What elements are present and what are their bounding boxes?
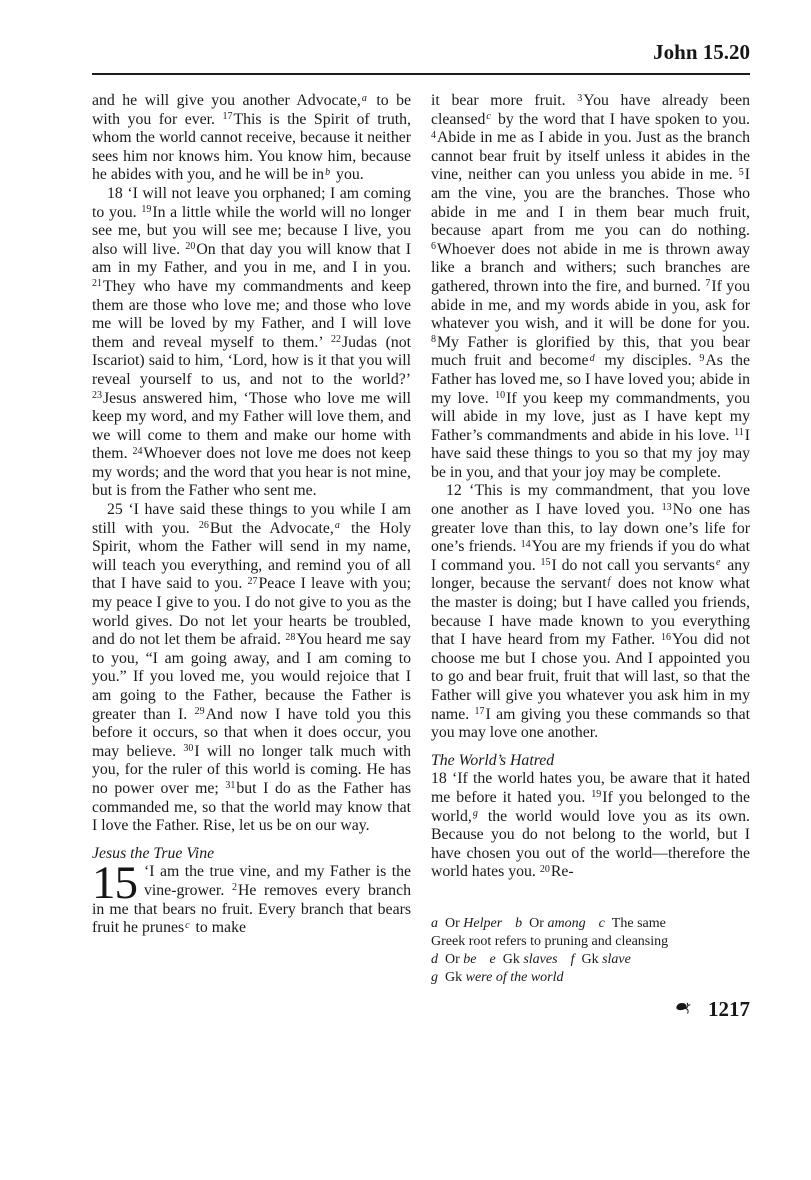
verse-number: 9	[699, 353, 704, 364]
verse-number: 17	[222, 111, 232, 122]
verse-number: 22	[331, 334, 341, 345]
verse-number: 23	[92, 390, 102, 401]
footnote-text: slaves	[523, 952, 557, 967]
footnote-marker: g	[431, 970, 438, 985]
verse-number: 13	[662, 502, 672, 513]
section-heading: Jesus the True Vine	[92, 845, 411, 864]
verse-number: 8	[431, 334, 436, 345]
footnote-text: Or	[445, 952, 463, 967]
footnote-text: Or	[445, 916, 463, 931]
verse-number: 6	[431, 241, 436, 252]
footnote-text: Or	[529, 916, 547, 931]
bible-page: John 15.20 and he will give you another …	[0, 0, 811, 1022]
header-rule	[92, 73, 750, 75]
verse-paragraph: it bear more fruit. 3You have already be…	[431, 92, 750, 482]
footnote-text: Gk	[503, 952, 524, 967]
verse-paragraph: and he will give you another Advocate,a …	[92, 92, 411, 185]
left-column: and he will give you another Advocate,a …	[92, 92, 411, 1022]
right-column-text: it bear more fruit. 3You have already be…	[431, 92, 750, 882]
footnote-ref: c	[185, 920, 189, 931]
verse-number: 20	[540, 864, 550, 875]
footnote-text: slave	[602, 952, 631, 967]
verse-paragraph: 18 ‘I will not leave you orphaned; I am …	[92, 185, 411, 501]
verse-number: 19	[141, 204, 151, 215]
left-column-text: and he will give you another Advocate,a …	[92, 92, 411, 938]
verse-paragraph: 18 ‘If the world hates you, be aware tha…	[431, 770, 750, 882]
footnote-ref: b	[325, 167, 330, 178]
footnote-ref: e	[716, 557, 720, 568]
footnote-text: The same	[612, 916, 666, 931]
verse-number: 30	[183, 743, 193, 754]
footnote-line: Greek root refers to pruning and cleansi…	[431, 933, 750, 951]
footnote-line: dOr beeGk slavesfGk slave	[431, 951, 750, 969]
verse-number: 2	[232, 882, 237, 893]
footnote-text: be	[463, 952, 476, 967]
footnote-line: aOr HelperbOr amongcThe same	[431, 915, 750, 933]
page-number: 1217	[708, 997, 750, 1021]
verse-number: 24	[133, 446, 143, 457]
footnote-marker: c	[599, 916, 605, 931]
footnote-ref: a	[335, 520, 340, 531]
footnote-text: Gk	[445, 970, 466, 985]
footnote-text: Greek root refers to pruning and cleansi…	[431, 934, 668, 949]
footnote-marker: f	[571, 952, 575, 967]
verse-number: 10	[495, 390, 505, 401]
hedera-leaf-icon	[675, 1001, 699, 1021]
footnote-marker: a	[431, 916, 438, 931]
footnote-ref: d	[590, 353, 595, 364]
running-head: John 15.20	[92, 40, 750, 64]
footnote-ref: g	[473, 808, 478, 819]
section-heading: The World’s Hatred	[431, 752, 750, 771]
footnote-marker: b	[515, 916, 522, 931]
footnote-text: Helper	[463, 916, 502, 931]
verse-number: 14	[521, 539, 531, 550]
verse-number: 31	[225, 780, 235, 791]
verse-number: 20	[185, 241, 195, 252]
verse-number: 26	[199, 520, 209, 531]
verse-number: 16	[661, 632, 671, 643]
footnote-marker: e	[490, 952, 496, 967]
footnote-text: among	[547, 916, 585, 931]
verse-number: 17	[474, 706, 484, 717]
text-columns: and he will give you another Advocate,a …	[92, 92, 750, 1022]
verse-number: 5	[739, 167, 744, 178]
verse-number: 4	[431, 130, 436, 141]
verse-number: 7	[705, 278, 710, 289]
footnote-ref: f	[608, 576, 611, 587]
verse-number: 27	[248, 576, 258, 587]
verse-number: 28	[285, 632, 295, 643]
footnotes-block: aOr HelperbOr amongcThe sameGreek root r…	[431, 915, 750, 987]
verse-number: 11	[734, 427, 744, 438]
verse-number: 15	[541, 557, 551, 568]
footnote-marker: d	[431, 952, 438, 967]
footnote-ref: a	[362, 93, 367, 104]
chapter-paragraph: 15‘I am the true vine, and my Father is …	[92, 863, 411, 937]
page-footer: 1217	[431, 1000, 750, 1022]
verse-number: 19	[591, 789, 601, 800]
verse-paragraph: 12 ‘This is my commandment, that you lov…	[431, 482, 750, 742]
footnote-text: were of the world	[466, 970, 564, 985]
footnote-text: Gk	[581, 952, 602, 967]
chapter-number: 15	[92, 863, 144, 900]
right-column: it bear more fruit. 3You have already be…	[431, 92, 750, 1022]
verse-number: 3	[577, 93, 582, 104]
verse-number: 21	[92, 278, 102, 289]
footnote-ref: c	[486, 111, 490, 122]
footnote-line: gGk were of the world	[431, 969, 750, 987]
verse-number: 29	[195, 706, 205, 717]
verse-paragraph: 25 ‘I have said these things to you whil…	[92, 501, 411, 836]
